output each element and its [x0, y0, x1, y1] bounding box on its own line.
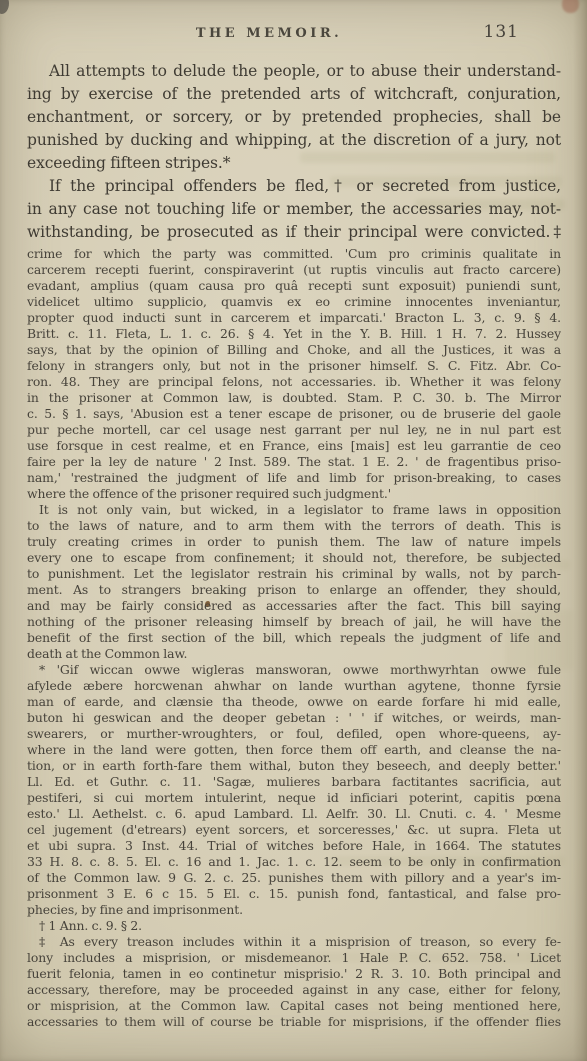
footnote-line: where the offence of the prisoner requir… [27, 486, 561, 502]
footnote-line: man of earde, and clænsie tha theode, ow… [27, 694, 561, 710]
footnote-line: evadant, amplius (quam causa pro quâ rec… [27, 278, 561, 294]
running-title: THE MEMOIR. [27, 26, 511, 41]
footnote-line: where in the land were gotten, then forc… [27, 742, 561, 758]
footnote-line: videlicet ultimo supplicio, quamvis ex e… [27, 294, 561, 310]
footnote-line: ment. As to strangers breaking prison to… [27, 582, 561, 598]
footnote-line: lony includes a misprision, or misdemean… [27, 950, 561, 966]
footnote-line: every one to escape from confinement; it… [27, 550, 561, 566]
scan-corner-mark [0, 0, 9, 14]
footnote-line: † 1 Ann. c. 9. § 2. [27, 918, 561, 934]
footnote-line: of the Common law. 9 G. 2. c. 25. punish… [27, 870, 561, 886]
footnote-line: fuerit felonia, tamen in eo continetur m… [27, 966, 561, 982]
footnote-line: nam,' 'restrained the judgment of life a… [27, 470, 561, 486]
text-line: punished by ducking and whipping, at the… [27, 129, 561, 152]
footnote-line: prisonment 3 E. 6 c 15. 5 El. c. 15. pun… [27, 886, 561, 902]
footnote-line: crime for which the party was committed.… [27, 246, 561, 262]
footnote-line: carcerem recepti fuerint, conspiraverint… [27, 262, 561, 278]
text-line: All attempts to delude the people, or to… [27, 60, 561, 83]
footnote-line: It is not only vain, but wicked, in a le… [27, 502, 561, 518]
footnote-line: pestiferi, si cui mortem intulerint, neq… [27, 790, 561, 806]
footnote-line: tion, or in earth forth-fare them withal… [27, 758, 561, 774]
main-text: All attempts to delude the people, or to… [27, 60, 561, 244]
text-line: exceeding fifteen stripes.* [27, 152, 561, 175]
footnote-line: afylede æbere horcwenan ahwhar on lande … [27, 678, 561, 694]
footnote-line: swearers, or murther-wroughters, or foul… [27, 726, 561, 742]
footnote-line: benefit of the first section of the bill… [27, 630, 561, 646]
text-line: withstanding, be prosecuted as if their … [27, 221, 561, 244]
text-line: enchantment, or sorcery, or by pretended… [27, 106, 561, 129]
page-number: 131 [484, 22, 519, 42]
footnote-line: death at the Common law. [27, 646, 561, 662]
footnote-line: Ll. Ed. et Guthr. c. 11. 'Sagæ, mulieres… [27, 774, 561, 790]
footnote-line: ron. 48. They are principal felons, not … [27, 374, 561, 390]
footnote-line: accessaries to them will of course be tr… [27, 1014, 561, 1030]
footnote-line: to punishment. Let the legislator restra… [27, 566, 561, 582]
footnote-line: accessary, therefore, may be proceeded a… [27, 982, 561, 998]
footnote-line: 33 H. 8. c. 8. 5. El. c. 16 and 1. Jac. … [27, 854, 561, 870]
page-header: THE MEMOIR. 131 [27, 22, 561, 46]
text-line: If the principal offenders be fled,† or … [27, 175, 561, 198]
footnote-line: says, that by the opinion of Billing and… [27, 342, 561, 358]
page-edge-shading [573, 0, 587, 1061]
footnote-text: crime for which the party was committed.… [27, 246, 561, 1030]
text-line: ing by exercise of the pretended arts of… [27, 83, 561, 106]
footnote-line: cel jugement (d'etrears) eyent sorcers, … [27, 822, 561, 838]
footnote-line: faire per la ley de nature ' 2 Inst. 589… [27, 454, 561, 470]
footnote-line: to the laws of nature, and to arm them w… [27, 518, 561, 534]
footnote-line: pur peche mortell, car cel usage nest ga… [27, 422, 561, 438]
footnote-line: felony in strangers only, but not in the… [27, 358, 561, 374]
text-line: in any case not touching life or member,… [27, 198, 561, 221]
footnote-line: and may be fairly considered as accessar… [27, 598, 561, 614]
footnote-line: c. 5. § 1. says, 'Abusion est a tener es… [27, 406, 561, 422]
footnote-line: propter quod inducti sunt in carcerem et… [27, 310, 561, 326]
footnote-line: buton hi geswican and the deoper gebetan… [27, 710, 561, 726]
footnote-line: or misprision, at the Common law. Capita… [27, 998, 561, 1014]
footnote-line: * 'Gif wiccan owwe wigleras mansworan, o… [27, 662, 561, 678]
footnote-line: truly creating crimes in order to punish… [27, 534, 561, 550]
footnote-line: esto.' Ll. Aethelst. c. 6. apud Lambard.… [27, 806, 561, 822]
footnote-line: use forsque in cest realme, et en France… [27, 438, 561, 454]
footnote-line: in the prisoner at Common law, is doubte… [27, 390, 561, 406]
footnote-line: ‡ As every treason includes within it a … [27, 934, 561, 950]
footnote-line: nothing of the prisoner releasing himsel… [27, 614, 561, 630]
footnote-line: Britt. c. 11. Fleta, L. 1. c. 26. § 4. Y… [27, 326, 561, 342]
footnote-line: et ubi supra. 3 Inst. 44. Trial of witch… [27, 838, 561, 854]
footnote-line: phecies, by fine and imprisonment. [27, 902, 561, 918]
book-page: THE MEMOIR. 131 All attempts to delude t… [0, 0, 587, 1061]
